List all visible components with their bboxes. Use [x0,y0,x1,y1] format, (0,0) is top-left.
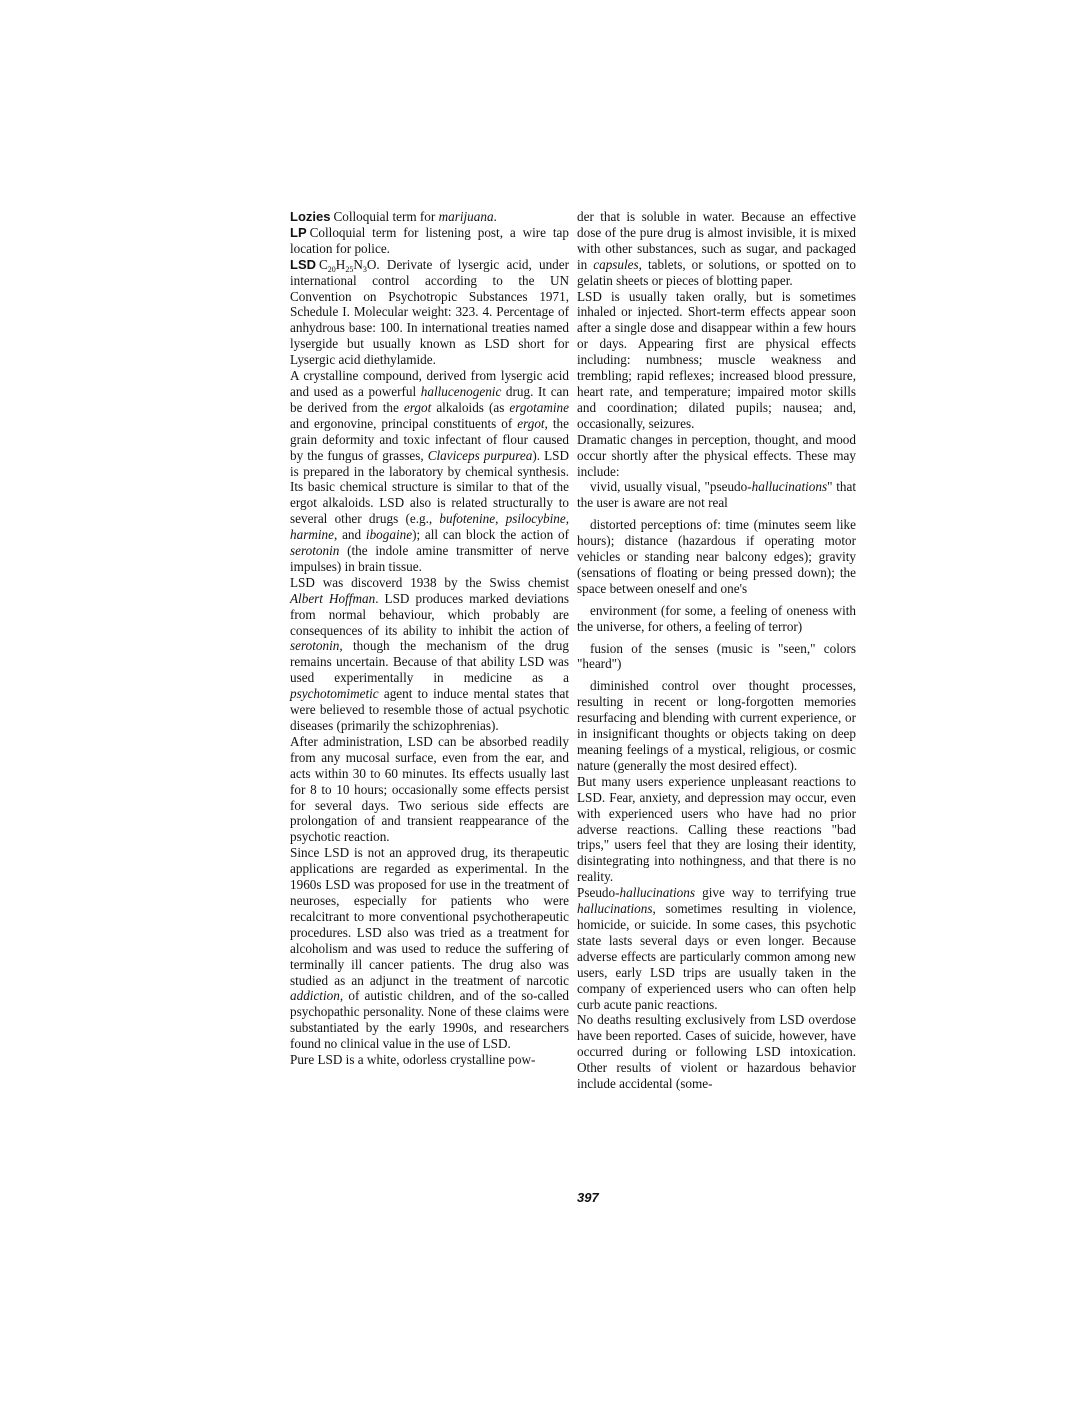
entry-lp: LPColloquial term for listening post, a … [290,225,569,257]
paragraph: A crystalline compound, derived from lys… [290,368,569,575]
list-item: vivid, usually visual, "pseudo-hallucina… [577,479,856,511]
headword: LP [290,225,307,240]
paragraph: Pure LSD is a white, odorless crystallin… [290,1052,569,1068]
paragraph: Dramatic changes in perception, thought,… [577,432,856,480]
paragraph: der that is soluble in water. Because an… [577,209,856,289]
page-number: 397 [577,1190,599,1205]
list-item: distorted perceptions of: time (minutes … [577,517,856,597]
paragraph: Since LSD is not an approved drug, its t… [290,845,569,1052]
paragraph: After administration, LSD can be absorbe… [290,734,569,845]
paragraph: LSD is usually taken orally, but is some… [577,289,856,432]
headword: Lozies [290,209,330,224]
list-item: fusion of the senses (music is "seen," c… [577,641,856,673]
paragraph: Pseudo-hallucinations give way to terrif… [577,885,856,1012]
paragraph: LSD was discoverd 1938 by the Swiss chem… [290,575,569,734]
left-column: LoziesColloquial term for marijuana. LPC… [290,209,569,1068]
headword: LSD [290,257,316,272]
list-item: environment (for some, a feeling of onen… [577,603,856,635]
entry-lsd: LSDC20H25N3O. Derivate of lysergic acid,… [290,257,569,368]
list-item: diminished control over thought processe… [577,678,856,773]
chemical-formula: C20H25N3O. [319,257,380,272]
entry-lozies: LoziesColloquial term for marijuana. [290,209,569,225]
right-column: der that is soluble in water. Because an… [577,209,856,1092]
paragraph: No deaths resulting exclusively from LSD… [577,1012,856,1092]
paragraph: But many users experience unpleasant rea… [577,774,856,885]
document-page: LoziesColloquial term for marijuana. LPC… [0,0,1088,1408]
